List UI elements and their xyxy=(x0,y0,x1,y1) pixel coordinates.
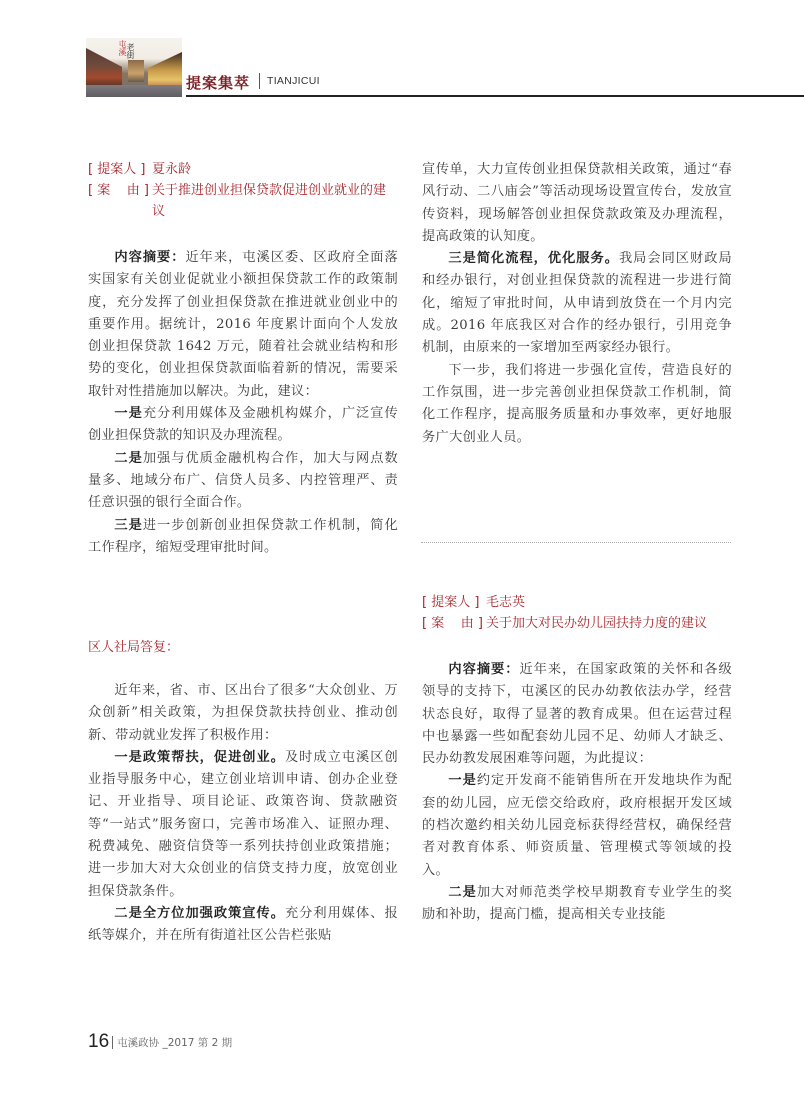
reply-point-1: 一是政策帮扶，促进创业。及时成立屯溪区创业指导服务中心，建立创业培训申请、创办企… xyxy=(88,747,398,903)
proposal-1: [ 提案人 ] 夏永龄 [ 案 由 ] 关于推进创业担保贷款促进创业就业的建议 … xyxy=(88,159,398,559)
suggestion-1: 一是约定开发商不能销售所在开发地块作为配套的幼儿园，应无偿交给政府，政府根据开发… xyxy=(422,770,732,881)
header-photo-old-street: 屯溪 老街 xyxy=(86,38,182,97)
summary-text: 近年来，在国家政策的关怀和各级领导的支持下，屯溪区的民办幼教依法办学，经营状态良… xyxy=(422,662,732,766)
reply-point-3: 三是简化流程，优化服务。我局会同区财政局和经办银行，对创业担保贷款的流程进一步进… xyxy=(422,248,732,359)
subject-text: 关于加大对民办幼儿园扶持力度的建议 xyxy=(486,613,732,634)
point-text: 及时成立屯溪区创业指导服务中心，建立创业培训申请、创办企业登记、开业指导、项目论… xyxy=(88,750,398,899)
suggestion-2: 二是加强与优质金融机构合作，加大与网点数量多、地域分布广、信贷人员多、内控管理严… xyxy=(88,448,398,515)
suggestion-lead: 二是 xyxy=(114,451,142,466)
page-footer: 16 屯溪政协 _2017 第 2 期 xyxy=(88,1032,232,1052)
subject-text: 关于推进创业担保贷款促进创业就业的建议 xyxy=(152,180,398,222)
reply-heading: 区人社局答复： xyxy=(88,636,179,655)
reply-point-2: 二是全方位加强政策宣传。充分利用媒体、报纸等媒介，并在所有街道社区公告栏张贴 xyxy=(88,903,398,948)
proposer-row: [ 提案人 ] 夏永龄 xyxy=(88,159,398,180)
reply-point-2-continued: 宣传单，大力宣传创业担保贷款相关政策，通过“春风行动、二八庙会”等活动现场设置宣… xyxy=(422,159,732,248)
publication-issue: 屯溪政协 _2017 第 2 期 xyxy=(117,1035,232,1050)
dotted-divider xyxy=(421,542,731,543)
footer-separator xyxy=(112,1036,113,1049)
proposer-label: [ 提案人 ] xyxy=(422,592,486,613)
proposer-label: [ 提案人 ] xyxy=(88,159,152,180)
proposer-name: 毛志英 xyxy=(486,592,732,613)
title-separator xyxy=(259,73,260,89)
point-lead: 一是政策帮扶，促进创业。 xyxy=(114,750,285,765)
summary-paragraph: 内容摘要：近年来，在国家政策的关怀和各级领导的支持下，屯溪区的民办幼教依法办学，… xyxy=(422,659,732,770)
reply-body-left: 近年来，省、市、区出台了很多“大众创业、万众创新”相关政策，为担保贷款扶持创业、… xyxy=(88,680,398,948)
reply-closing: 下一步，我们将进一步强化宣传，营造良好的工作氛围，进一步完善创业担保贷款工作机制… xyxy=(422,360,732,449)
page-number: 16 xyxy=(88,1032,109,1052)
photo-archway xyxy=(128,60,144,82)
suggestion-lead: 一是 xyxy=(448,773,476,788)
subject-label: [ 案 由 ] xyxy=(88,180,152,222)
proposal-2: [ 提案人 ] 毛志英 [ 案 由 ] 关于加大对民办幼儿园扶持力度的建议 内容… xyxy=(422,592,732,927)
point-lead: 三是简化流程，优化服务。 xyxy=(448,251,619,266)
header-rule xyxy=(186,95,804,97)
suggestion-lead: 一是 xyxy=(114,406,142,421)
summary-lead: 内容摘要： xyxy=(114,250,185,265)
suggestion-2: 二是加大对师范类学校早期教育专业学生的奖励和补助，提高门槛，提高相关专业技能 xyxy=(422,882,732,927)
section-title: 提案集萃 xyxy=(186,72,250,93)
suggestion-1: 一是充分利用媒体及金融机构媒介，广泛宣传创业担保贷款的知识及办理流程。 xyxy=(88,403,398,448)
reply-intro: 近年来，省、市、区出台了很多“大众创业、万众创新”相关政策，为担保贷款扶持创业、… xyxy=(88,680,398,747)
photo-calligraphy-red: 屯溪 xyxy=(118,40,126,56)
photo-building-left xyxy=(86,48,122,90)
suggestion-lead: 三是 xyxy=(114,518,142,533)
point-text: 我局会同区财政局和经办银行，对创业担保贷款的流程进一步进行简化，缩短了审批时间，… xyxy=(422,251,732,355)
photo-street xyxy=(86,85,182,97)
suggestion-text: 约定开发商不能销售所在开发地块作为配套的幼儿园，应无偿交给政府，政府根据开发区域… xyxy=(422,773,732,877)
subject-row: [ 案 由 ] 关于加大对民办幼儿园扶持力度的建议 xyxy=(422,613,732,634)
point-lead: 二是全方位加强政策宣传。 xyxy=(114,906,285,921)
subject-row: [ 案 由 ] 关于推进创业担保贷款促进创业就业的建议 xyxy=(88,180,398,222)
reply-body-right: 宣传单，大力宣传创业担保贷款相关政策，通过“春风行动、二八庙会”等活动现场设置宣… xyxy=(422,159,732,449)
suggestion-3: 三是进一步创新创业担保贷款工作机制，简化工作程序，缩短受理审批时间。 xyxy=(88,515,398,560)
photo-calligraphy-black: 老街 xyxy=(126,43,134,59)
proposer-row: [ 提案人 ] 毛志英 xyxy=(422,592,732,613)
section-title-pinyin: TIANJICUI xyxy=(267,75,320,87)
summary-text: 近年来，屯溪区委、区政府全面落实国家有关创业促就业小额担保贷款工作的政策制度，充… xyxy=(88,250,398,399)
subject-label: [ 案 由 ] xyxy=(422,613,486,634)
proposer-name: 夏永龄 xyxy=(152,159,398,180)
suggestion-lead: 二是 xyxy=(448,885,476,900)
summary-lead: 内容摘要： xyxy=(448,662,519,677)
summary-paragraph: 内容摘要：近年来，屯溪区委、区政府全面落实国家有关创业促就业小额担保贷款工作的政… xyxy=(88,247,398,403)
